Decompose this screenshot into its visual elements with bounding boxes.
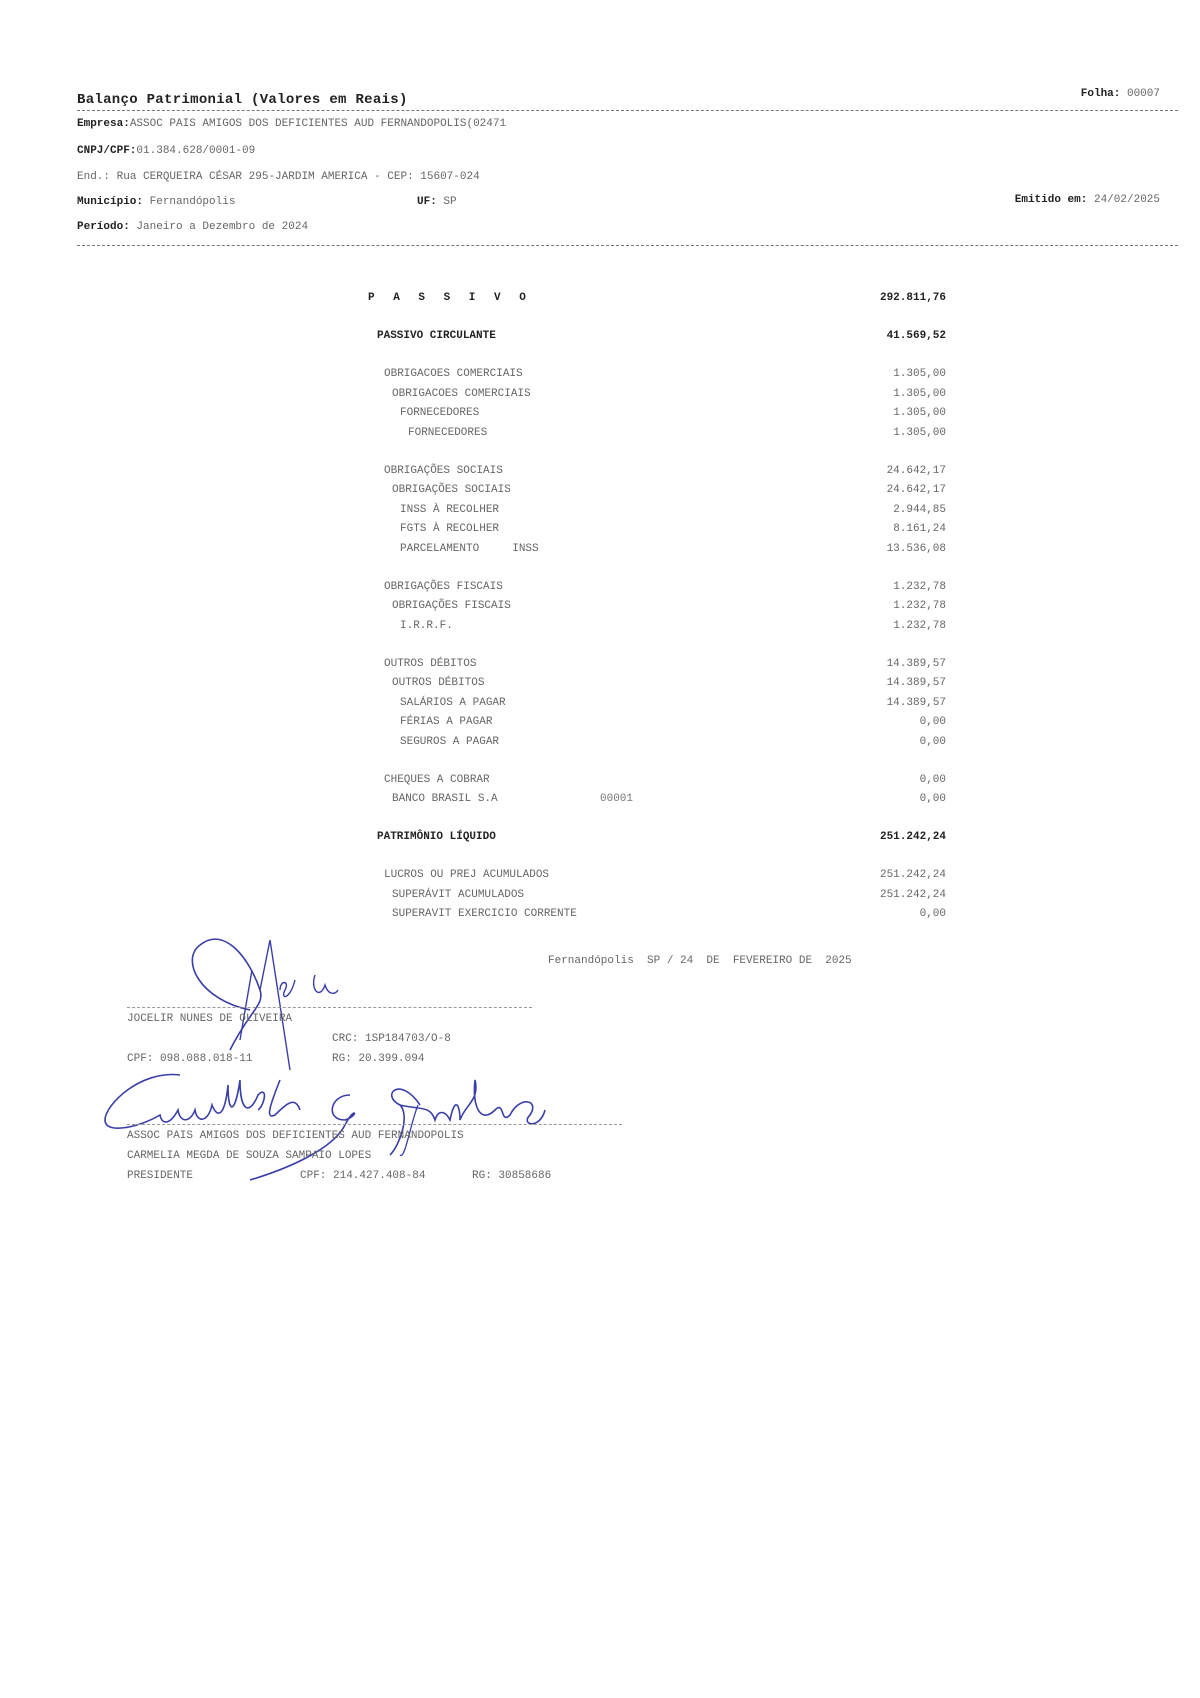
- balance-row: OBRIGAÇÕES SOCIAIS24.642,17: [0, 484, 1200, 502]
- account-value: 14.389,57: [887, 697, 946, 709]
- company-row: Empresa:ASSOC PAIS AMIGOS DOS DEFICIENTE…: [77, 118, 506, 130]
- sheet-number: Folha: 00007: [1081, 88, 1160, 100]
- municipality-label: Município:: [77, 196, 143, 208]
- account-value: 1.305,00: [893, 368, 946, 380]
- cnpj-label: CNPJ/CPF:: [77, 145, 136, 157]
- header-bottom-divider: [77, 245, 1178, 246]
- accountant-rg: RG: 20.399.094: [332, 1053, 424, 1065]
- account-name: SUPERÁVIT ACUMULADOS: [392, 889, 524, 901]
- accountant-cpf: CPF: 098.088.018-11: [127, 1053, 252, 1065]
- account-name: OBRIGAÇÕES FISCAIS: [392, 600, 511, 612]
- account-value: 2.944,85: [893, 504, 946, 516]
- account-name: FÉRIAS A PAGAR: [400, 716, 492, 728]
- municipality-value: Fernandópolis: [143, 196, 235, 208]
- balance-row: INSS À RECOLHER2.944,85: [0, 504, 1200, 522]
- address-row: End.: Rua CERQUEIRA CÉSAR 295-JARDIM AME…: [77, 171, 480, 183]
- balance-row: FORNECEDORES1.305,00: [0, 407, 1200, 425]
- account-value: 0,00: [920, 736, 946, 748]
- account-value: 251.242,24: [880, 889, 946, 901]
- account-name: FORNECEDORES: [408, 427, 487, 439]
- balance-row: SUPERAVIT EXERCICIO CORRENTE0,00: [0, 908, 1200, 926]
- period-value: Janeiro a Dezembro de 2024: [130, 221, 308, 233]
- account-name: PASSIVO CIRCULANTE: [377, 330, 496, 342]
- account-value: 1.305,00: [893, 407, 946, 419]
- issued-date-value: 24/02/2025: [1094, 194, 1160, 206]
- balance-row: OUTROS DÉBITOS14.389,57: [0, 677, 1200, 695]
- account-name: SALÁRIOS A PAGAR: [400, 697, 506, 709]
- account-name: SEGUROS A PAGAR: [400, 736, 499, 748]
- account-value: 251.242,24: [880, 869, 946, 881]
- account-value: 0,00: [920, 716, 946, 728]
- balance-section-row: PATRIMÔNIO LÍQUIDO251.242,24: [0, 831, 1200, 849]
- period-row: Período: Janeiro a Dezembro de 2024: [77, 221, 308, 233]
- account-name: SUPERAVIT EXERCICIO CORRENTE: [392, 908, 577, 920]
- account-name: OBRIGACOES COMERCIAIS: [384, 368, 523, 380]
- balance-section-row: P A S S I V O292.811,76: [0, 292, 1200, 310]
- balance-row: SEGUROS A PAGAR0,00: [0, 736, 1200, 754]
- president-role: PRESIDENTE: [127, 1170, 193, 1182]
- president-rg: RG: 30858686: [472, 1170, 551, 1182]
- account-value: 24.642,17: [887, 484, 946, 496]
- balance-row: I.R.R.F.1.232,78: [0, 620, 1200, 638]
- balance-row: OBRIGAÇÕES FISCAIS1.232,78: [0, 581, 1200, 599]
- account-value: 24.642,17: [887, 465, 946, 477]
- account-name: LUCROS OU PREJ ACUMULADOS: [384, 869, 549, 881]
- account-name: P A S S I V O: [368, 292, 532, 304]
- address-label: End.:: [77, 171, 110, 183]
- account-value: 41.569,52: [887, 330, 946, 342]
- address-value: Rua CERQUEIRA CÉSAR 295-JARDIM AMERICA -…: [110, 171, 480, 183]
- president-entity: ASSOC PAIS AMIGOS DOS DEFICIENTES AUD FE…: [127, 1130, 464, 1142]
- account-name: OUTROS DÉBITOS: [384, 658, 476, 670]
- account-value: 251.242,24: [880, 831, 946, 843]
- balance-row: BANCO BRASIL S.A000010,00: [0, 793, 1200, 811]
- state-value: SP: [437, 196, 457, 208]
- account-code: 00001: [600, 793, 633, 805]
- account-name: OBRIGAÇÕES SOCIAIS: [392, 484, 511, 496]
- accountant-crc: CRC: 1SP184703/O-8: [332, 1033, 451, 1045]
- president-name: CARMELIA MEGDA DE SOUZA SAMPAIO LOPES: [127, 1150, 371, 1162]
- account-value: 1.305,00: [893, 388, 946, 400]
- municipality-row: Município: Fernandópolis: [77, 196, 235, 208]
- balance-row: FÉRIAS A PAGAR0,00: [0, 716, 1200, 734]
- account-value: 14.389,57: [887, 677, 946, 689]
- company-value: ASSOC PAIS AMIGOS DOS DEFICIENTES AUD FE…: [130, 118, 506, 130]
- account-value: 1.232,78: [893, 600, 946, 612]
- account-value: 1.232,78: [893, 581, 946, 593]
- cnpj-value: 01.384.628/0001-09: [136, 145, 255, 157]
- balance-row: OBRIGACOES COMERCIAIS1.305,00: [0, 388, 1200, 406]
- account-name: FGTS À RECOLHER: [400, 523, 499, 535]
- account-name: I.R.R.F.: [400, 620, 453, 632]
- balance-row: PARCELAMENTO INSS13.536,08: [0, 543, 1200, 561]
- sheet-number-value: 00007: [1127, 88, 1160, 100]
- president-cpf: CPF: 214.427.408-84: [300, 1170, 425, 1182]
- account-value: 0,00: [920, 774, 946, 786]
- account-value: 14.389,57: [887, 658, 946, 670]
- account-name: INSS À RECOLHER: [400, 504, 499, 516]
- accountant-signature: [180, 930, 380, 1070]
- balance-row: OBRIGAÇÕES SOCIAIS24.642,17: [0, 465, 1200, 483]
- balance-row: FORNECEDORES1.305,00: [0, 427, 1200, 445]
- balance-row: SUPERÁVIT ACUMULADOS251.242,24: [0, 889, 1200, 907]
- account-value: 0,00: [920, 793, 946, 805]
- sheet-number-label: Folha:: [1081, 88, 1121, 100]
- account-value: 1.305,00: [893, 427, 946, 439]
- company-label: Empresa:: [77, 118, 130, 130]
- balance-row: OUTROS DÉBITOS14.389,57: [0, 658, 1200, 676]
- issued-date: Emitido em: 24/02/2025: [1015, 194, 1160, 206]
- balance-row: OBRIGACOES COMERCIAIS1.305,00: [0, 368, 1200, 386]
- state-row: UF: SP: [417, 196, 457, 208]
- balance-row: LUCROS OU PREJ ACUMULADOS251.242,24: [0, 869, 1200, 887]
- account-name: FORNECEDORES: [400, 407, 479, 419]
- place-date: Fernandópolis SP / 24 DE FEVEREIRO DE 20…: [548, 955, 852, 967]
- header-divider: [77, 110, 1178, 111]
- state-label: UF:: [417, 196, 437, 208]
- period-label: Período:: [77, 221, 130, 233]
- account-value: 292.811,76: [880, 292, 946, 304]
- account-name: BANCO BRASIL S.A: [392, 793, 498, 805]
- account-value: 1.232,78: [893, 620, 946, 632]
- account-name: PATRIMÔNIO LÍQUIDO: [377, 831, 496, 843]
- account-name: PARCELAMENTO INSS: [400, 543, 539, 555]
- account-name: OUTROS DÉBITOS: [392, 677, 484, 689]
- account-value: 0,00: [920, 908, 946, 920]
- report-title: Balanço Patrimonial (Valores em Reais): [77, 92, 408, 108]
- issued-date-label: Emitido em:: [1015, 194, 1088, 206]
- account-value: 13.536,08: [887, 543, 946, 555]
- account-value: 8.161,24: [893, 523, 946, 535]
- balance-row: OBRIGAÇÕES FISCAIS1.232,78: [0, 600, 1200, 618]
- account-name: OBRIGACOES COMERCIAIS: [392, 388, 531, 400]
- president-signature-line: [127, 1124, 622, 1125]
- balance-row: FGTS À RECOLHER8.161,24: [0, 523, 1200, 541]
- accountant-name: JOCELIR NUNES DE OLIVEIRA: [127, 1013, 292, 1025]
- account-name: OBRIGAÇÕES FISCAIS: [384, 581, 503, 593]
- balance-row: CHEQUES A COBRAR0,00: [0, 774, 1200, 792]
- account-name: OBRIGAÇÕES SOCIAIS: [384, 465, 503, 477]
- balance-row: SALÁRIOS A PAGAR14.389,57: [0, 697, 1200, 715]
- account-name: CHEQUES A COBRAR: [384, 774, 490, 786]
- accountant-signature-line: [127, 1007, 532, 1008]
- balance-section-row: PASSIVO CIRCULANTE41.569,52: [0, 330, 1200, 348]
- cnpj-row: CNPJ/CPF:01.384.628/0001-09: [77, 145, 255, 157]
